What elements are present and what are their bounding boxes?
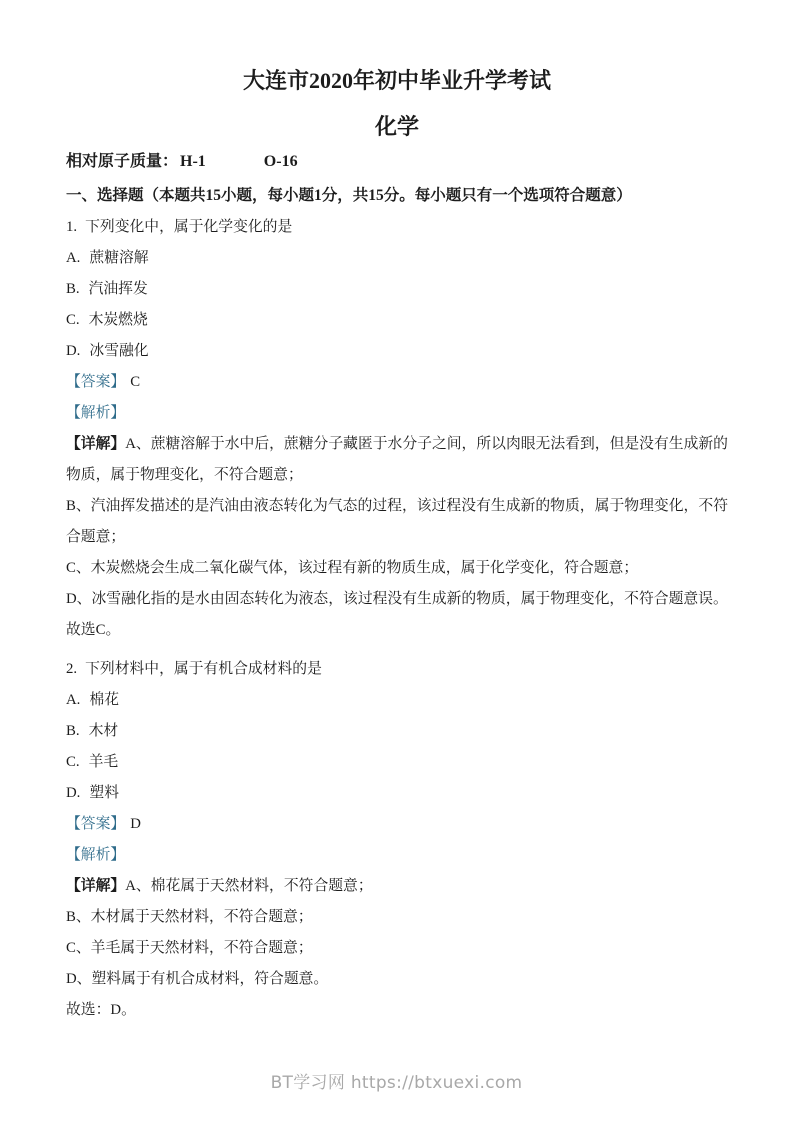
detail-text: A、棉花属于天然材料，不符合题意； <box>125 878 372 894</box>
atomic-mass-oxygen: O-16 <box>264 153 298 170</box>
watermark: BT学习网 https://btxuexi.com <box>0 1068 793 1093</box>
detail-text: A、蔗糖溶解于水中后，蔗糖分子藏匿于水分子之间，所以肉眼无法看到，但是没有生成新… <box>66 436 728 483</box>
question-1-option-a: A.蔗糖溶解 <box>66 243 728 274</box>
question-2-answer-line: 【答案】D <box>66 809 728 840</box>
analysis-label: 【解析】 <box>66 847 125 863</box>
question-1-answer-line: 【答案】C <box>66 367 728 398</box>
option-text: 羊毛 <box>89 754 119 770</box>
option-letter: C. <box>66 312 80 328</box>
question-2-option-a: A.棉花 <box>66 685 728 716</box>
option-text: 棉花 <box>89 692 119 708</box>
answer-letter: D <box>130 816 141 832</box>
section-heading: 一、选择题（本题共15小题，每小题1分，共15分。每小题只有一个选项符合题意） <box>66 184 728 208</box>
analysis-label: 【解析】 <box>66 405 125 421</box>
option-letter: A. <box>66 692 80 708</box>
option-letter: A. <box>66 250 80 266</box>
answer-label: 【答案】 <box>66 374 125 390</box>
question-2-detail-c: C、羊毛属于天然材料，不符合题意； <box>66 933 728 964</box>
question-2-stem: 2.下列材料中，属于有机合成材料的是 <box>66 654 728 685</box>
question-1-stem-text: 下列变化中，属于化学变化的是 <box>85 219 292 235</box>
question-2-detail-a: 【详解】A、棉花属于天然材料，不符合题意； <box>66 871 728 902</box>
exam-document-page: 大连市2020年初中毕业升学考试 化学 相对原子质量：H-1O-16 一、选择题… <box>0 0 793 1122</box>
option-text: 木炭燃烧 <box>89 312 148 328</box>
detail-label: 【详解】 <box>66 436 125 452</box>
option-text: 汽油挥发 <box>89 281 148 297</box>
option-letter: B. <box>66 281 80 297</box>
subject-title: 化学 <box>66 112 728 142</box>
page-title: 大连市2020年初中毕业升学考试 <box>66 66 728 96</box>
question-1-detail-c: C、木炭燃烧会生成二氧化碳气体，该过程有新的物质生成，属于化学变化，符合题意； <box>66 553 728 584</box>
question-2-conclusion: 故选：D。 <box>66 995 728 1026</box>
option-letter: C. <box>66 754 80 770</box>
question-block-1: 1.下列变化中，属于化学变化的是 A.蔗糖溶解 B.汽油挥发 C.木炭燃烧 D.… <box>66 212 728 646</box>
option-text: 木材 <box>89 723 119 739</box>
document-content: 大连市2020年初中毕业升学考试 化学 相对原子质量：H-1O-16 一、选择题… <box>0 0 793 1026</box>
atomic-mass-hydrogen: H-1 <box>180 153 206 170</box>
question-1-option-c: C.木炭燃烧 <box>66 305 728 336</box>
atomic-mass-line: 相对原子质量：H-1O-16 <box>66 150 728 174</box>
question-2-stem-text: 下列材料中，属于有机合成材料的是 <box>85 661 322 677</box>
question-1-detail-d: D、冰雪融化指的是水由固态转化为液态，该过程没有生成新的物质，属于物理变化，不符… <box>66 584 728 615</box>
question-1-number: 1. <box>66 219 77 235</box>
atomic-mass-label: 相对原子质量： <box>66 153 178 170</box>
question-1-stem: 1.下列变化中，属于化学变化的是 <box>66 212 728 243</box>
option-text: 冰雪融化 <box>89 343 148 359</box>
option-letter: D. <box>66 343 80 359</box>
question-2-option-d: D.塑料 <box>66 778 728 809</box>
question-1-analysis-line: 【解析】 <box>66 398 728 429</box>
question-2-number: 2. <box>66 661 77 677</box>
question-2-analysis-line: 【解析】 <box>66 840 728 871</box>
question-1-conclusion: 故选C。 <box>66 615 728 646</box>
detail-label: 【详解】 <box>66 878 125 894</box>
option-text: 塑料 <box>89 785 119 801</box>
option-letter: B. <box>66 723 80 739</box>
question-2-detail-d: D、塑料属于有机合成材料，符合题意。 <box>66 964 728 995</box>
question-2-option-b: B.木材 <box>66 716 728 747</box>
question-1-option-d: D.冰雪融化 <box>66 336 728 367</box>
question-block-2: 2.下列材料中，属于有机合成材料的是 A.棉花 B.木材 C.羊毛 D.塑料 【… <box>66 654 728 1026</box>
answer-label: 【答案】 <box>66 816 125 832</box>
question-1-option-b: B.汽油挥发 <box>66 274 728 305</box>
question-2-detail-b: B、木材属于天然材料，不符合题意； <box>66 902 728 933</box>
question-2-option-c: C.羊毛 <box>66 747 728 778</box>
question-1-detail-a: 【详解】A、蔗糖溶解于水中后，蔗糖分子藏匿于水分子之间，所以肉眼无法看到，但是没… <box>66 429 728 491</box>
answer-letter: C <box>130 374 140 390</box>
option-letter: D. <box>66 785 80 801</box>
question-1-detail-b: B、汽油挥发描述的是汽油由液态转化为气态的过程，该过程没有生成新的物质，属于物理… <box>66 491 728 553</box>
option-text: 蔗糖溶解 <box>89 250 148 266</box>
